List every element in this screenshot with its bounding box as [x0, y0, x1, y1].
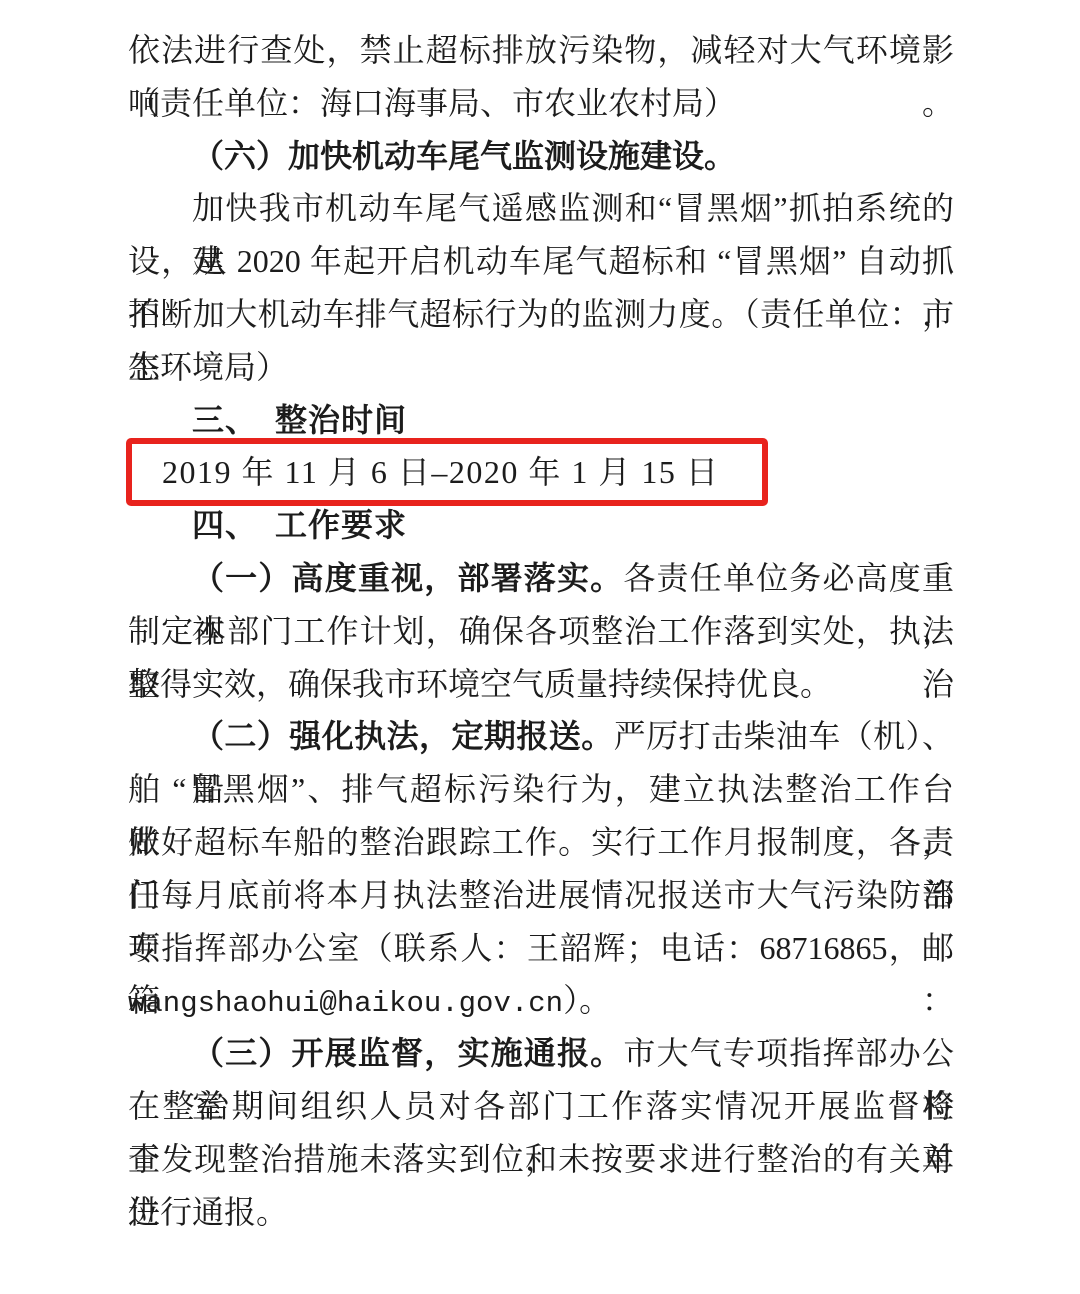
chapter-heading: 三、 整治时间	[128, 394, 954, 447]
body-line: 依法进行查处，禁止超标排放污染物，减轻对大气环境影响。	[128, 24, 954, 77]
body-line: 做好超标车船的整治跟踪工作。实行工作月报制度，各责任部	[128, 816, 954, 869]
body-line-text: （三）开展监督，实施通报。	[192, 1035, 623, 1071]
body-line-text: 态环境局）	[128, 349, 288, 385]
chapter-heading-text: 三、 整治时间	[192, 402, 407, 438]
document-body: 依法进行查处，禁止超标排放污染物，减轻对大气环境影响。（责任单位：海口海事局、市…	[128, 24, 954, 1238]
body-line: 设，从 2020 年起开启机动车尾气超标和 “冒黑烟” 自动抓拍，	[128, 235, 954, 288]
body-line: 不断加大机动车排气超标行为的监测力度。（责任单位：市生	[128, 288, 954, 341]
body-line: 进行通报。	[128, 1186, 954, 1239]
email-line-text: wangshaohui@haikou.gov.cn	[128, 987, 563, 1020]
body-line: 态环境局）	[128, 341, 954, 394]
body-line-text: （一）高度重视，部署落实。	[192, 560, 623, 596]
body-line: 制定本部门工作计划，确保各项整治工作落到实处，执法整治	[128, 605, 954, 658]
body-line-text: 进行通报。	[128, 1194, 288, 1230]
body-line-text: （责任单位：海口海事局、市农业农村局）	[128, 85, 736, 121]
body-line: 门每月底前将本月执法整治进展情况报送市大气污染防治专	[128, 869, 954, 922]
body-line: 取得实效，确保我市环境空气质量持续保持优良。	[128, 658, 954, 711]
chapter-heading: 四、 工作要求	[128, 499, 954, 552]
chapter-heading-text: 四、 工作要求	[192, 507, 407, 543]
body-line-text: 取得实效，确保我市环境空气质量持续保持优良。	[128, 666, 832, 702]
body-line: 舶 “冒黑烟”、排气超标污染行为，建立执法整治工作台账，	[128, 763, 954, 816]
document-page: 依法进行查处，禁止超标排放污染物，减轻对大气环境影响。（责任单位：海口海事局、市…	[0, 0, 1080, 1294]
body-line: 在整治期间组织人员对各部门工作落实情况开展监督检查，对	[128, 1080, 954, 1133]
body-line: 加快我市机动车尾气遥感监测和“冒黑烟”抓拍系统的建	[128, 182, 954, 235]
body-line: （三）开展监督，实施通报。市大气专项指挥部办公室 将	[128, 1027, 954, 1080]
email-line-text: ）。	[563, 982, 611, 1018]
section-heading-text: （六）加快机动车尾气监测设施建设。	[192, 138, 736, 174]
body-line: 于发现整治措施未落实到位和未按要求进行整治的有关单位	[128, 1133, 954, 1186]
body-line: （二）强化执法，定期报送。严厉打击柴油车（机）、船	[128, 710, 954, 763]
highlighted-date-line-text: 2019 年 11 月 6 日–2020 年 1 月 15 日	[162, 454, 719, 490]
body-line: （一）高度重视，部署落实。各责任单位务必高度重视，	[128, 552, 954, 605]
body-line-text: （二）强化执法，定期报送。	[192, 718, 614, 754]
body-line: 项指挥部办公室（联系人：王韶辉；电话：68716865，邮箱：	[128, 922, 954, 975]
highlighted-date-line: 2019 年 11 月 6 日–2020 年 1 月 15 日	[128, 446, 954, 499]
section-heading: （六）加快机动车尾气监测设施建设。	[128, 130, 954, 183]
